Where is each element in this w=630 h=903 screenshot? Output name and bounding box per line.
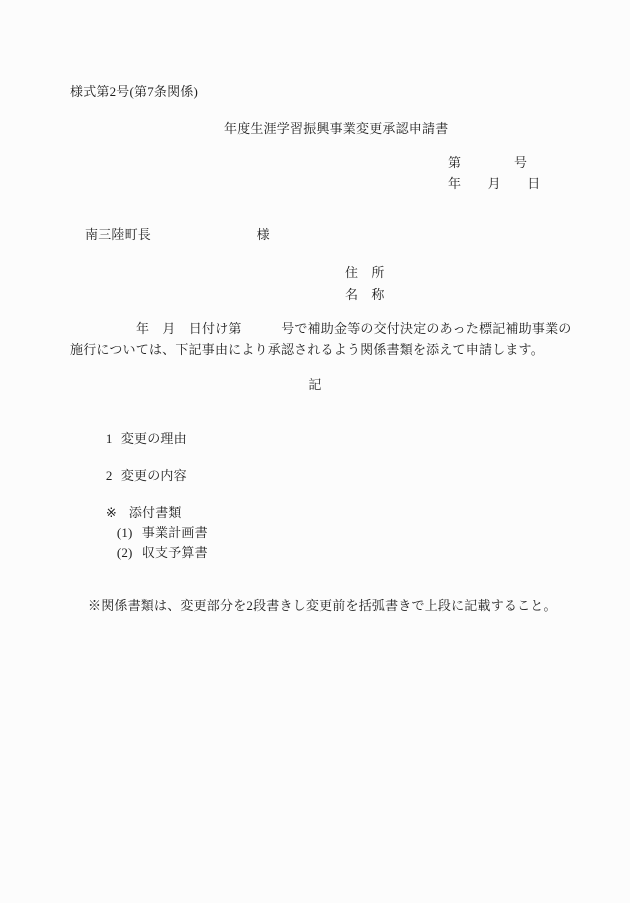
addressee-line: 南三陸町長 様 — [85, 228, 270, 241]
applicant-address-label: 住 所 — [345, 266, 385, 279]
applicant-name-label: 名 称 — [345, 288, 385, 301]
attachment-item-budget: (2)収支予算書 — [103, 533, 208, 572]
list-item-label: 変更の理由 — [121, 431, 187, 446]
list-item-reason: 1変更の理由 — [92, 419, 187, 458]
form-number-label: 様式第2号(第7条関係) — [70, 85, 198, 98]
attachment-item-label: 収支予算書 — [142, 545, 208, 560]
list-item-number: 2 — [106, 469, 121, 482]
doc-number-blank-line: 第 号 — [448, 156, 527, 169]
list-item-label: 変更の内容 — [121, 468, 187, 483]
document-title: 年度生涯学習振興事業変更承認申請書 — [224, 122, 448, 135]
attachment-item-number: (2) — [117, 546, 142, 559]
list-item-content: 2変更の内容 — [92, 456, 187, 495]
body-paragraph-line-2: 施行については、下記事由により承認されるよう関係書類を添えて申請します。 — [70, 343, 544, 356]
document-page: 様式第2号(第7条関係) 年度生涯学習振興事業変更承認申請書 第 号 年 月 日… — [0, 0, 630, 903]
record-heading: 記 — [70, 378, 560, 391]
body-paragraph-line-1: 年 月 日付け第 号で補助金等の交付決定のあった標記補助事業の — [70, 322, 571, 335]
list-item-number: 1 — [106, 432, 121, 445]
footnote-instruction: ※関係書類は、変更部分を2段書きし変更前を括弧書きで上段に記載すること。 — [88, 599, 557, 612]
date-blank-line: 年 月 日 — [448, 177, 540, 190]
